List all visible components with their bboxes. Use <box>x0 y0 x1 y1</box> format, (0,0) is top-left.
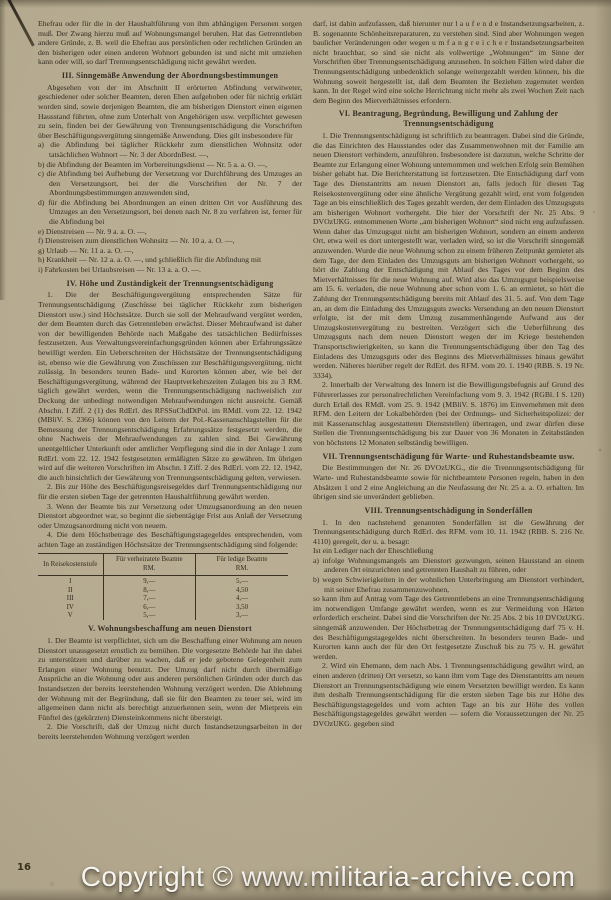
table-cell: 8,— <box>103 587 196 595</box>
table-cell: II <box>38 587 103 595</box>
table-header-cell: Für verheiratete Beamte RM. <box>103 554 196 576</box>
scan-edge-shadow-top <box>0 0 611 8</box>
paragraph: 1. In den nachstehend genannten Sonderfä… <box>313 518 584 547</box>
left-text-column: Ehefrau oder für die in der Haushaltführ… <box>38 19 302 885</box>
list-item: e) Dienstreisen — Nr. 9 a. a. O. —, <box>38 227 302 237</box>
section-heading-iv: IV. Höhe und Zuständigkeit der Trennungs… <box>38 279 302 289</box>
list-item: a) die Abfindung bei täglicher Rückkehr … <box>38 140 302 159</box>
list-item: b) die Abfindung der Beamten im Vorberei… <box>38 160 302 170</box>
table-cell: 7,— <box>103 595 196 603</box>
table-cell: 3,— <box>196 612 289 620</box>
paragraph: 4. Die dem Höchstbetrage des Beschäftigu… <box>38 530 302 549</box>
paragraph: 1. Die der Beschäftigungsvergütung entsp… <box>38 290 302 482</box>
table-cell: 4,50 <box>196 587 289 595</box>
paragraph: so kann ihm auf Antrag vom Tage des Getr… <box>313 594 584 661</box>
list-item: h) Krankheit — Nr. 12 a. a. O. —, und sc… <box>38 255 302 265</box>
list-item: c) die Abfindung bei Aufhebung der Verse… <box>38 169 302 198</box>
table-cell: III <box>38 595 103 603</box>
list-item: g) Urlaub — Nr. 11 a. a. O. —, <box>38 246 302 256</box>
paragraph: 1. Die Trennungsentschädigung ist schrif… <box>313 131 584 380</box>
table-row: V 5,— 3,— <box>38 612 288 620</box>
scan-crease-artifact <box>2 0 35 47</box>
scanned-document-page: Ehefrau oder für die in der Haushaltführ… <box>0 0 611 900</box>
paragraph: Ehefrau oder für die in der Haushaltführ… <box>38 19 302 67</box>
paragraph: 1. Der Beamte ist verpflichtet, sich um … <box>38 636 302 722</box>
paragraph: Ist ein Lediger nach der Eheschließung <box>313 546 584 556</box>
paragraph: Abgesehen von der im Abschnitt II erörte… <box>38 83 302 141</box>
section-heading-viii: VIII. Trennungsentschädigung in Sonderfä… <box>313 506 584 516</box>
table-cell: IV <box>38 604 103 612</box>
table-header-cell: In Reisekostenstufe <box>38 554 103 576</box>
page-number: 16 <box>17 862 31 873</box>
paragraph: 2. Bis zur Höhe des Beschäftigungsreiseg… <box>38 482 302 501</box>
table-cell: I <box>38 576 103 587</box>
table-cell: 5,— <box>196 576 289 587</box>
right-text-column: darf, ist dahin aufzufassen, daß hierunt… <box>313 19 584 885</box>
table-header-cell: Für ledige Beamte RM. <box>196 554 289 576</box>
paragraph: 3. Wenn der Beamte bis zur Versetzung od… <box>38 502 302 531</box>
section-heading-v: V. Wohnungsbeschaffung am neuen Dienstor… <box>38 624 302 634</box>
scan-edge-shadow-bottom <box>0 888 611 900</box>
table-cell: V <box>38 612 103 620</box>
section-heading-vi: VI. Beantragung, Begründung, Bewilligung… <box>313 109 584 129</box>
paragraph: darf, ist dahin aufzufassen, daß hierunt… <box>313 19 584 105</box>
table-row: IV 6,— 3,50 <box>38 604 288 612</box>
list-item: i) Fahrkosten bei Urlaubsreisen — Nr. 13… <box>38 265 302 275</box>
section-heading-iii: III. Sinngemäße Anwendung der Abordnungs… <box>38 71 302 81</box>
list-item: d) für die Abfindung bei Abordnungen an … <box>38 198 302 227</box>
table-header-row: In Reisekostenstufe Für verheiratete Bea… <box>38 554 288 576</box>
list-item: a) infolge Wohnungsmangels am Dienstort … <box>313 556 584 575</box>
paragraph: Die Bestimmungen der Nr. 26 DVOzUKG., di… <box>313 463 584 501</box>
allowance-rates-table: In Reisekostenstufe Für verheiratete Bea… <box>38 553 288 620</box>
scan-edge-shadow-left <box>0 0 6 300</box>
scan-edge-shadow-right <box>595 0 611 900</box>
table-cell: 6,— <box>103 604 196 612</box>
paragraph: 2. Wird ein Ehemann, dem nach Abs. 1 Tre… <box>313 661 584 728</box>
table-row: I 9,— 5,— <box>38 576 288 587</box>
table-cell: 5,— <box>103 612 196 620</box>
table-cell: 9,— <box>103 576 196 587</box>
list-item: f) Dienstreisen zum dienstlichen Wohnsit… <box>38 236 302 246</box>
paragraph: 2. Innerhalb der Verwaltung des Innern i… <box>313 380 584 447</box>
list-item: b) wegen Schwierigkeiten in der wohnlich… <box>313 575 584 594</box>
paragraph: 2. Die Vorschrift, daß der Umzug nicht d… <box>38 722 302 741</box>
table-row: III 7,— 4,— <box>38 595 288 603</box>
table-row: II 8,— 4,50 <box>38 587 288 595</box>
table-cell: 3,50 <box>196 604 289 612</box>
section-heading-vii: VII. Trennungsentschädigung für Warte- u… <box>313 452 584 462</box>
table-cell: 4,— <box>196 595 289 603</box>
